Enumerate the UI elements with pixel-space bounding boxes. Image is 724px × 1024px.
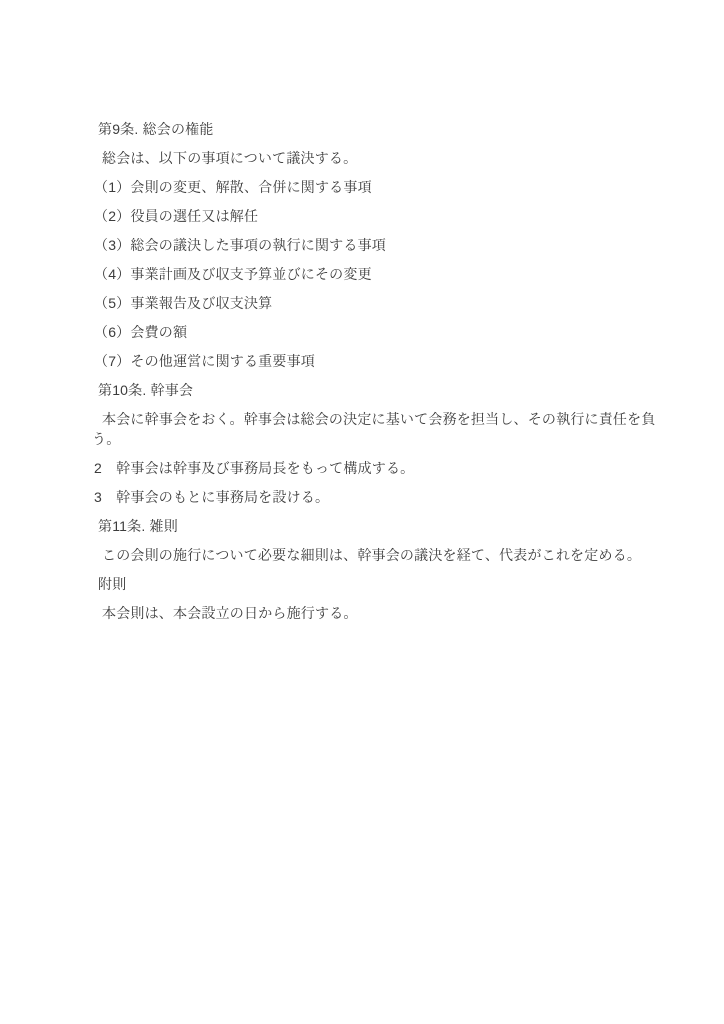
doc-line: 第10条. 幹事会 [98,380,662,400]
doc-line: （7）その他運営に関する重要事項 [94,351,662,371]
doc-line: （3）総会の議決した事項の執行に関する事項 [94,235,662,255]
doc-line: （2）役員の選任又は解任 [94,206,662,226]
doc-line: （1）会則の変更、解散、合併に関する事項 [94,177,662,197]
doc-line: （5）事業報告及び収支決算 [94,293,662,313]
doc-line: 2 幹事会は幹事及び事務局長をもって構成する。 [94,458,662,478]
doc-line: 第11条. 雑則 [98,516,662,536]
document-text-block: 第9条. 総会の権能総会は、以下の事項について議決する。（1）会則の変更、解散、… [92,119,662,632]
doc-line: 本会則は、本会設立の日から施行する。 [102,603,662,623]
doc-line: （6）会費の額 [94,322,662,342]
doc-line: （4）事業計画及び収支予算並びにその変更 [94,264,662,284]
doc-line: う。 [92,429,662,449]
doc-line: 第9条. 総会の権能 [98,119,662,139]
doc-line: 総会は、以下の事項について議決する。 [102,148,662,168]
document-page: 第9条. 総会の権能総会は、以下の事項について議決する。（1）会則の変更、解散、… [0,0,724,1024]
doc-line: 本会に幹事会をおく。幹事会は総会の決定に基いて会務を担当し、その執行に責任を負 [102,409,662,429]
doc-line: 3 幹事会のもとに事務局を設ける。 [94,487,662,507]
doc-line: この会則の施行について必要な細則は、幹事会の議決を経て、代表がこれを定める。 [102,545,662,565]
doc-line: 附則 [98,574,662,594]
